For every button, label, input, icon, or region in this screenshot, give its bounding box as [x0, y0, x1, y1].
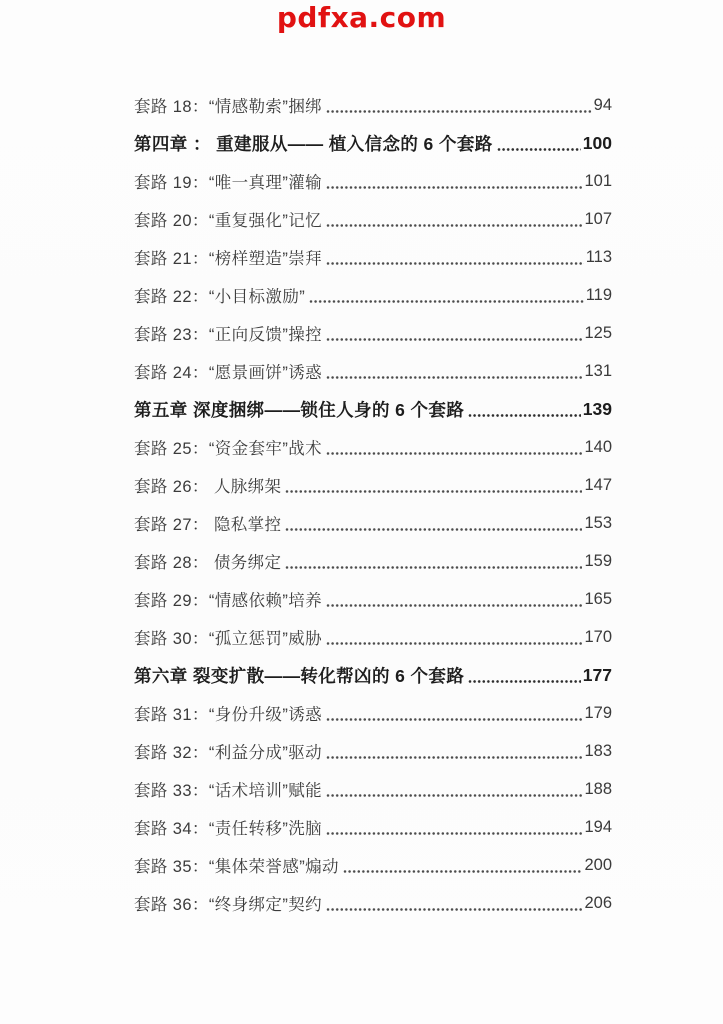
dot-leader — [326, 793, 582, 798]
toc-row[interactable]: 套路 27： 隐私掌控 153 — [134, 504, 612, 542]
toc-entry-label: 套路 22：“小目标激励” — [134, 283, 305, 307]
toc-entry-page: 165 — [584, 590, 612, 609]
toc-entry-label: 第六章 裂变扩散——转化帮凶的 6 个套路 — [134, 663, 464, 688]
toc-entry-page: 140 — [584, 438, 612, 457]
toc-entry-label: 套路 23：“正向反馈”操控 — [134, 321, 322, 345]
toc-entry-page: 101 — [584, 172, 612, 191]
dot-leader — [326, 375, 582, 380]
toc-row[interactable]: 套路 25：“资金套牢”战术 140 — [134, 428, 612, 466]
toc-entry-page: 131 — [584, 362, 612, 381]
dot-leader — [285, 565, 582, 570]
toc-row[interactable]: 套路 20：“重复强化”记忆 107 — [134, 200, 612, 238]
toc-entry-label: 套路 20：“重复强化”记忆 — [134, 207, 322, 231]
toc-entry-page: 94 — [594, 96, 612, 115]
dot-leader — [326, 109, 592, 114]
toc-entry-page: 119 — [586, 286, 612, 305]
toc-row[interactable]: 套路 28： 债务绑定 159 — [134, 542, 612, 580]
dot-leader — [285, 527, 582, 532]
toc-entry-page: 188 — [584, 780, 612, 799]
toc-entry-page: 139 — [583, 399, 612, 420]
dot-leader — [326, 261, 584, 266]
toc-row[interactable]: 套路 35：“集体荣誉感”煽动 200 — [134, 846, 612, 884]
dot-leader — [309, 299, 584, 304]
dot-leader — [285, 489, 582, 494]
toc-entry-label: 套路 28： 债务绑定 — [134, 549, 281, 573]
toc-entry-label: 套路 26： 人脉绑架 — [134, 473, 281, 497]
toc-row[interactable]: 套路 24：“愿景画饼”诱惑 131 — [134, 352, 612, 390]
toc-entry-label: 套路 29：“情感依赖”培养 — [134, 587, 322, 611]
dot-leader — [343, 869, 583, 874]
toc-entry-label: 套路 24：“愿景画饼”诱惑 — [134, 359, 322, 383]
toc-row[interactable]: 套路 18：“情感勒索”捆绑 94 — [134, 86, 612, 124]
toc-entry-label: 套路 21：“榜样塑造”崇拜 — [134, 245, 322, 269]
dot-leader — [326, 831, 582, 836]
toc-entry-label: 套路 18：“情感勒索”捆绑 — [134, 93, 322, 117]
toc-entry-label: 套路 30：“孤立惩罚”威胁 — [134, 625, 322, 649]
toc-row[interactable]: 套路 30：“孤立惩罚”威胁 170 — [134, 618, 612, 656]
toc-entry-label: 第四章 ： 重建服从—— 植入信念的 6 个套路 — [134, 131, 493, 156]
toc-entry-label: 第五章 深度捆绑——锁住人身的 6 个套路 — [134, 397, 464, 422]
dot-leader — [326, 337, 582, 342]
toc-row[interactable]: 套路 31：“身份升级”诱惑 179 — [134, 694, 612, 732]
dot-leader — [326, 755, 582, 760]
toc-entry-label: 套路 33：“话术培训”赋能 — [134, 777, 322, 801]
dot-leader — [326, 185, 582, 190]
toc-entry-page: 153 — [584, 514, 612, 533]
toc-entry-label: 套路 34：“责任转移”洗脑 — [134, 815, 322, 839]
toc-entry-page: 200 — [584, 856, 612, 875]
toc-row[interactable]: 套路 26： 人脉绑架 147 — [134, 466, 612, 504]
toc-entry-page: 125 — [584, 324, 612, 343]
dot-leader — [326, 223, 582, 228]
dot-leader — [497, 147, 581, 152]
toc-entry-page: 179 — [584, 704, 612, 723]
toc-entry-label: 套路 19：“唯一真理”灌输 — [134, 169, 322, 193]
toc-entry-label: 套路 25：“资金套牢”战术 — [134, 435, 322, 459]
toc-row[interactable]: 套路 19：“唯一真理”灌输 101 — [134, 162, 612, 200]
toc-row[interactable]: 第四章 ： 重建服从—— 植入信念的 6 个套路 100 — [134, 124, 612, 162]
toc-entry-page: 113 — [586, 248, 612, 267]
toc-entry-page: 177 — [583, 665, 612, 686]
toc-entry-page: 159 — [584, 552, 612, 571]
dot-leader — [468, 679, 581, 684]
toc-row[interactable]: 套路 21：“榜样塑造”崇拜 113 — [134, 238, 612, 276]
dot-leader — [326, 641, 582, 646]
dot-leader — [326, 451, 582, 456]
toc-row[interactable]: 套路 32：“利益分成”驱动 183 — [134, 732, 612, 770]
toc-row[interactable]: 套路 23：“正向反馈”操控 125 — [134, 314, 612, 352]
watermark-text: pdfxa.com — [0, 1, 723, 34]
toc-entry-page: 206 — [584, 894, 612, 913]
toc-entry-label: 套路 27： 隐私掌控 — [134, 511, 281, 535]
toc-entry-label: 套路 36：“终身绑定”契约 — [134, 891, 322, 915]
toc-row[interactable]: 第六章 裂变扩散——转化帮凶的 6 个套路 177 — [134, 656, 612, 694]
dot-leader — [468, 413, 581, 418]
toc-entry-label: 套路 35：“集体荣誉感”煽动 — [134, 853, 339, 877]
toc-row[interactable]: 套路 22：“小目标激励” 119 — [134, 276, 612, 314]
toc-entry-page: 147 — [584, 476, 612, 495]
toc-row[interactable]: 套路 33：“话术培训”赋能 188 — [134, 770, 612, 808]
dot-leader — [326, 907, 582, 912]
toc-entry-page: 107 — [584, 210, 612, 229]
toc-entry-page: 100 — [583, 133, 612, 154]
toc-row[interactable]: 套路 34：“责任转移”洗脑 194 — [134, 808, 612, 846]
toc-entry-page: 170 — [584, 628, 612, 647]
dot-leader — [326, 717, 582, 722]
toc-entry-label: 套路 31：“身份升级”诱惑 — [134, 701, 322, 725]
toc-row[interactable]: 第五章 深度捆绑——锁住人身的 6 个套路 139 — [134, 390, 612, 428]
toc-entry-page: 183 — [584, 742, 612, 761]
toc-entry-label: 套路 32：“利益分成”驱动 — [134, 739, 322, 763]
toc-list: 套路 18：“情感勒索”捆绑 94 第四章 ： 重建服从—— 植入信念的 6 个… — [134, 86, 612, 922]
document-page: pdfxa.com 套路 18：“情感勒索”捆绑 94 第四章 ： 重建服从——… — [0, 0, 723, 1024]
toc-row[interactable]: 套路 36：“终身绑定”契约 206 — [134, 884, 612, 922]
dot-leader — [326, 603, 582, 608]
toc-row[interactable]: 套路 29：“情感依赖”培养 165 — [134, 580, 612, 618]
toc-entry-page: 194 — [584, 818, 612, 837]
